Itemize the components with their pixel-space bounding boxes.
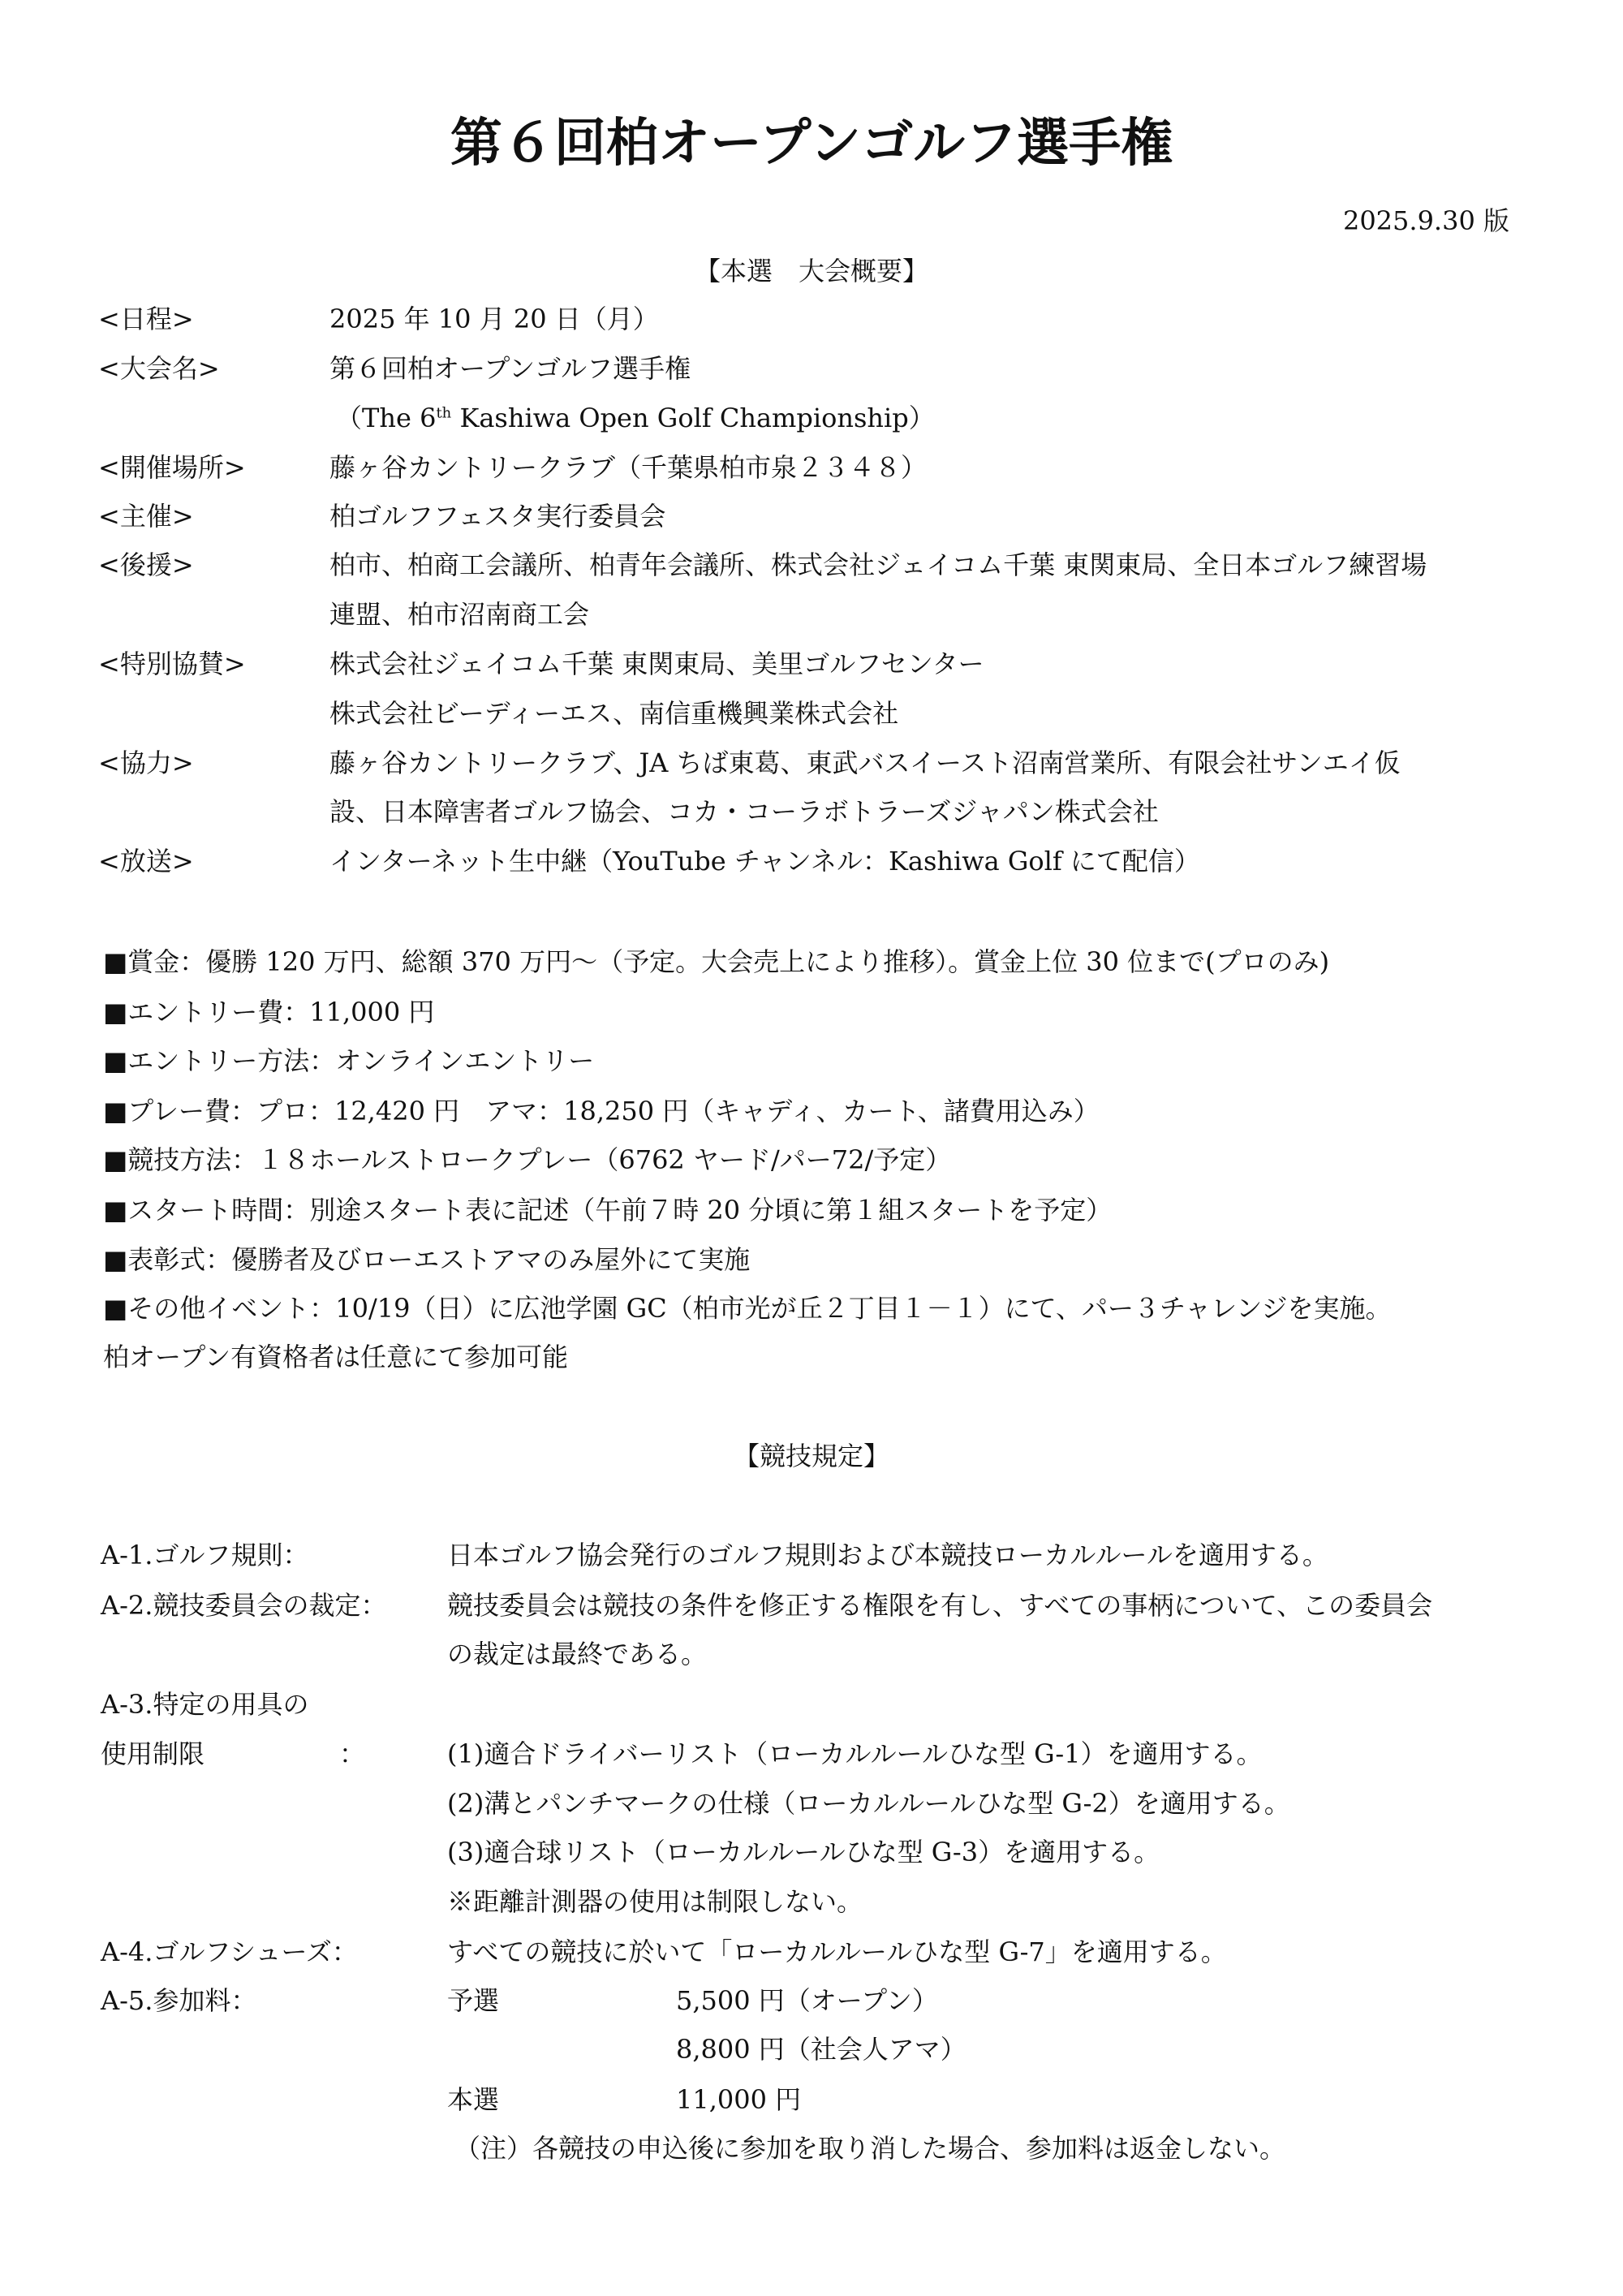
fee-stage-final: 本選	[447, 2087, 499, 2113]
overview-heading: 【本選 大会概要】	[0, 258, 1623, 284]
rule-a3-label-line2: 使用制限	[101, 1741, 204, 1767]
bullet-format: ■競技方法：１８ホールストロークプレー（6762 ヤード/パー72/予定）	[103, 1147, 951, 1173]
bullet-prize: ■賞金：優勝 120 万円、総額 370 万円～（予定。大会売上により推移）。賞…	[103, 949, 1329, 975]
value-event-name: 第６回柏オープンゴルフ選手権	[329, 355, 691, 381]
rule-a2-text-line2: の裁定は最終である。	[447, 1641, 707, 1667]
rules-heading: 【競技規定】	[0, 1443, 1623, 1469]
bullet-entry-fee: ■エントリー費：11,000 円	[103, 999, 434, 1025]
rule-a1-text: 日本ゴルフ協会発行のゴルフ規則および本競技ローカルルールを適用する。	[447, 1542, 1328, 1568]
rule-a1-label: A-1.ゴルフ規則：	[101, 1542, 308, 1568]
value-special-sponsors-line1: 株式会社ジェイコム千葉 東関東局、美里ゴルフセンター	[329, 651, 984, 677]
rule-a4-label: A-4.ゴルフシューズ：	[101, 1939, 358, 1965]
rule-a3-item-1: (1)適合ドライバーリスト（ローカルルールひな型 G-1）を適用する。	[447, 1741, 1263, 1767]
value-broadcast: インターネット生中継（YouTube チャンネル：Kashiwa Golf にて…	[329, 848, 1200, 874]
label-supporters: <後援>	[98, 552, 194, 578]
page-title: 第６回柏オープンゴルフ選手権	[0, 118, 1623, 170]
rule-a3-label-line1: A-3.特定の用具の	[101, 1691, 308, 1717]
rule-a3-item-3: (3)適合球リスト（ローカルルールひな型 G-3）を適用する。	[447, 1839, 1160, 1865]
bullet-ceremony: ■表彰式：優勝者及びローエストアマのみ屋外にて実施	[103, 1247, 750, 1273]
label-cooperation: <協力>	[98, 750, 194, 776]
value-cooperation-line1: 藤ヶ谷カントリークラブ、JA ちば東葛、東武バスイースト沼南営業所、有限会社サン…	[329, 750, 1401, 776]
fee-stage-qualifier: 予選	[447, 1988, 499, 2014]
value-schedule: 2025 年 10 月 20 日（月）	[329, 306, 659, 332]
rule-a4-text: すべての競技に於いて「ローカルルールひな型 G-7」を適用する。	[447, 1939, 1227, 1965]
value-supporters-line1: 柏市、柏商工会議所、柏青年会議所、株式会社ジェイコム千葉 東関東局、全日本ゴルフ…	[329, 552, 1427, 578]
value-cooperation-line2: 設、日本障害者ゴルフ協会、コカ・コーラボトラーズジャパン株式会社	[329, 799, 1159, 825]
value-supporters-line2: 連盟、柏市沼南商工会	[329, 601, 589, 627]
label-broadcast: <放送>	[98, 848, 194, 874]
label-special-sponsors: <特別協賛>	[98, 651, 246, 677]
bullet-entry-method: ■エントリー方法：オンラインエントリー	[103, 1048, 594, 1074]
rule-a2-label: A-2.競技委員会の裁定：	[101, 1592, 386, 1618]
fee-amount-open: 5,500 円（オープン）	[676, 1988, 938, 2014]
rule-a3-note: ※距離計測器の使用は制限しない。	[447, 1889, 863, 1915]
fee-refund-note: （注）各競技の申込後に参加を取り消した場合、参加料は返金しない。	[454, 2135, 1285, 2161]
rule-a3-item-2: (2)溝とパンチマークの仕様（ローカルルールひな型 G-2）を適用する。	[447, 1790, 1290, 1816]
value-event-name-english: （The 6th Kashiwa Open Golf Championship）	[336, 405, 935, 431]
bullet-other-event-cont: 柏オープン有資格者は任意にて参加可能	[103, 1344, 568, 1370]
fee-amount-final: 11,000 円	[676, 2087, 801, 2113]
bullet-other-event: ■その他イベント：10/19（日）に広池学園 GC（柏市光が丘２丁目１－１）にて…	[103, 1295, 1391, 1321]
rule-a2-text-line1: 競技委員会は競技の条件を修正する権限を有し、すべての事柄について、この委員会	[447, 1592, 1432, 1618]
rule-a5-label: A-5.参加料：	[101, 1988, 256, 2014]
bullet-play-fee: ■プレー費：プロ：12,420 円 アマ：18,250 円（キャディ、カート、諸…	[103, 1098, 1100, 1124]
label-venue: <開催場所>	[98, 454, 246, 480]
value-special-sponsors-line2: 株式会社ビーディーエス、南信重機興業株式会社	[329, 700, 898, 726]
fee-amount-amateur: 8,800 円（社会人アマ）	[676, 2036, 966, 2062]
rule-a3-colon: ：	[339, 1741, 365, 1767]
value-venue: 藤ヶ谷カントリークラブ（千葉県柏市泉２３４８）	[329, 454, 927, 480]
value-organizer: 柏ゴルフフェスタ実行委員会	[329, 503, 665, 529]
version-date: 2025.9.30 版	[1343, 208, 1509, 234]
label-schedule: <日程>	[98, 306, 194, 332]
label-organizer: <主催>	[98, 503, 194, 529]
bullet-start-time: ■スタート時間：別途スタート表に記述（午前７時 20 分頃に第１組スタートを予定…	[103, 1197, 1112, 1223]
label-event-name: <大会名>	[98, 355, 220, 381]
